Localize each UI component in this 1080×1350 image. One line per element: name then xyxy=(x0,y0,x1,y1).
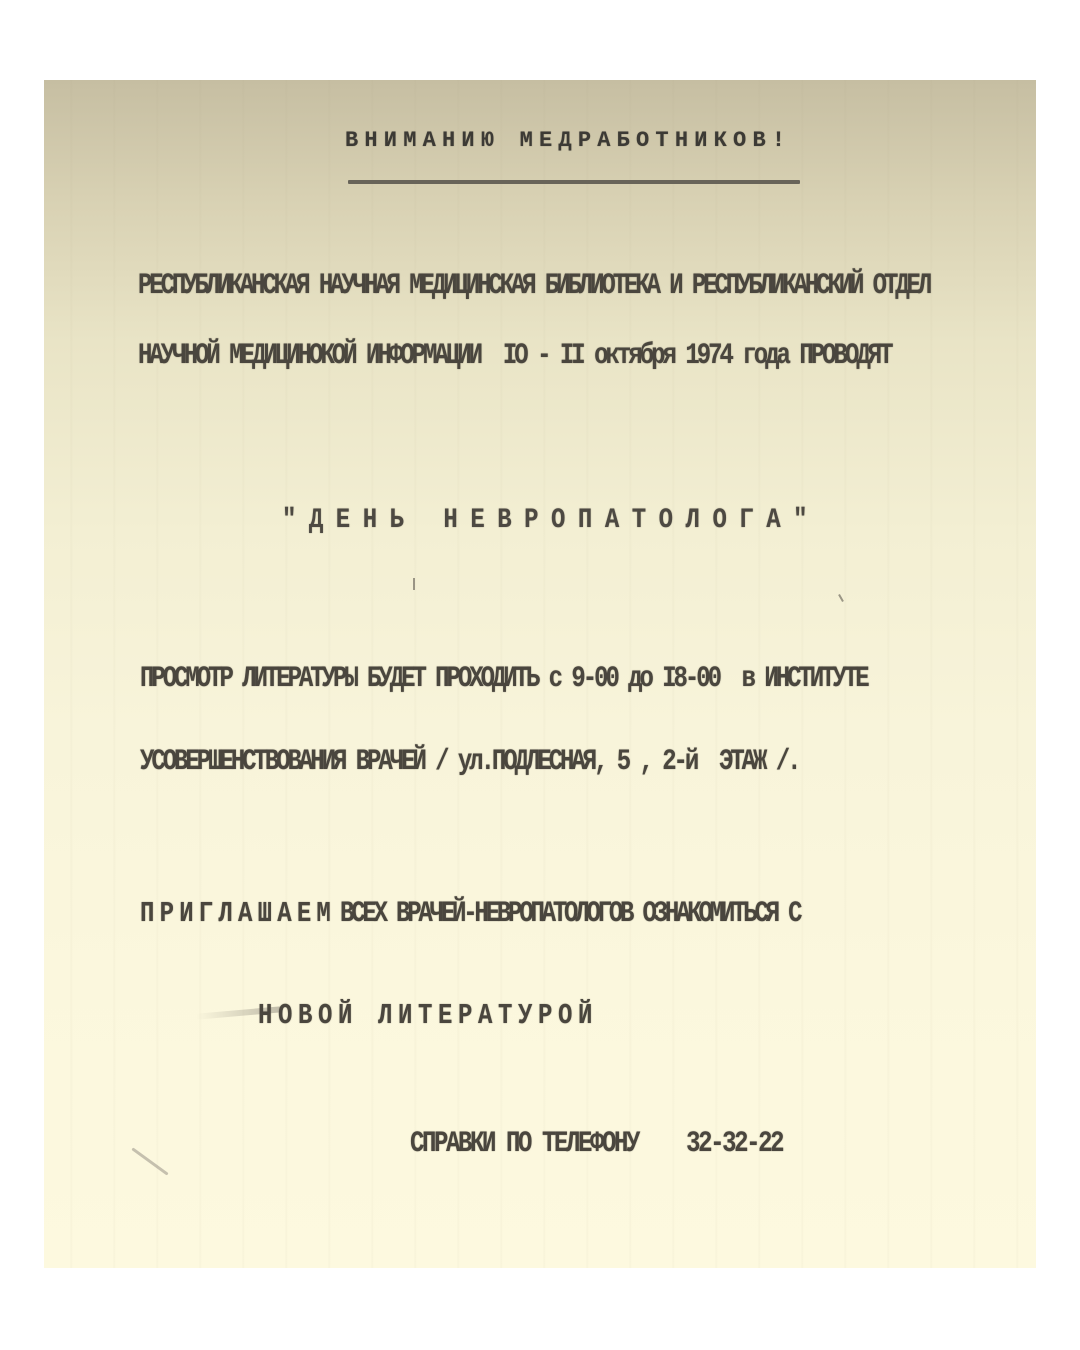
contact-label: СПРАВКИ ПО ТЕЛЕФОНУ xyxy=(410,1128,638,1161)
notice-heading: ВНИМАНИЮ МЕДРАБОТНИКОВ! xyxy=(345,128,791,153)
event-title: "ДЕНЬ НЕВРОПАТОЛОГА" xyxy=(282,505,820,536)
heading-underline xyxy=(348,180,800,184)
contact-line: СПРАВКИ ПО ТЕЛЕФОНУ 32-32-22 xyxy=(410,1128,782,1161)
contact-phone: 32-32-22 xyxy=(686,1128,782,1161)
intro-line-1: РЕСПУБЛИКАНСКАЯ НАУЧНАЯ МЕДИЦИНСКАЯ БИБЛ… xyxy=(138,270,929,303)
intro-line-2: НАУЧНОЙ МЕДИЦИНОКОЙ ИНФОРМАЦИИ IO - II о… xyxy=(138,340,891,373)
schedule-line-2: УСОВЕРШЕНСТВОВАНИЯ ВРАЧЕЙ / ул.ПОДЛЕСНАЯ… xyxy=(140,746,798,779)
invite-line-2: НОВОЙ ЛИТЕРАТУРОЙ xyxy=(258,1000,598,1032)
stray-mark xyxy=(413,578,415,590)
invite-line-1: ВСЕХ ВРАЧЕЙ-НЕВРОПАТОЛОГОВ ОЗНАКОМИТЬСЯ … xyxy=(340,898,799,931)
invite-word: ПРИГЛАШАЕМ xyxy=(140,898,336,930)
schedule-line-1: ПРОСМОТР ЛИТЕРАТУРЫ БУДЕТ ПРОХОДИТЬ с 9-… xyxy=(140,663,867,696)
